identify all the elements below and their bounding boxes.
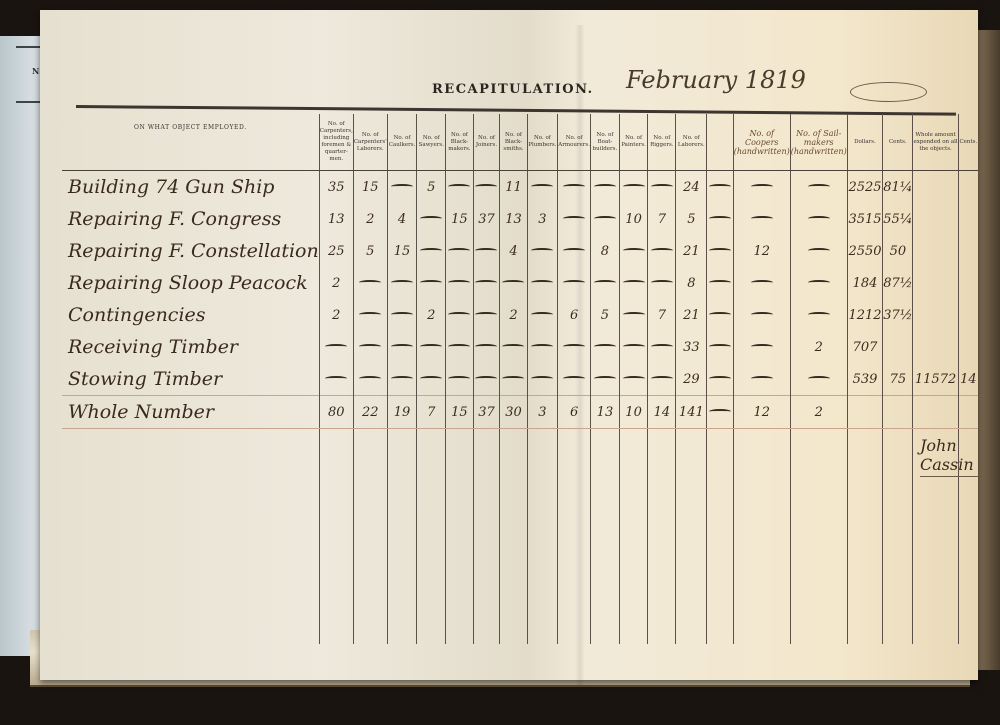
table-cell: 15 <box>446 203 473 235</box>
table-cell: 80 <box>319 396 353 429</box>
recapitulation-table: ON WHAT OBJECT EMPLOYED. No. of Carpente… <box>62 114 978 644</box>
table-cell: 24 <box>676 171 707 204</box>
table-cell: 6 <box>558 299 591 331</box>
dash-mark <box>359 376 381 381</box>
table-cell <box>733 267 790 299</box>
dash-mark <box>709 280 731 285</box>
table-cell <box>446 267 473 299</box>
handwritten-date: February 1819 <box>626 66 806 94</box>
table-cell: 22 <box>353 396 387 429</box>
table-cell <box>790 299 847 331</box>
table-cell <box>591 203 620 235</box>
dash-mark <box>502 280 524 285</box>
table-cell: 8 <box>676 267 707 299</box>
table-cell <box>417 267 446 299</box>
object-column-header: ON WHAT OBJECT EMPLOYED. <box>62 114 319 171</box>
table-cell: 2 <box>319 299 353 331</box>
empty-cell <box>62 429 319 645</box>
dash-mark <box>623 344 645 349</box>
table-cell <box>847 396 883 429</box>
row-object-label: Contingencies <box>62 299 319 331</box>
table-cell <box>958 235 978 267</box>
dash-mark <box>448 312 470 317</box>
handwritten-column-header: No. of Coopers (handwritten) <box>733 114 790 171</box>
dash-mark <box>594 376 616 381</box>
dash-mark <box>391 280 413 285</box>
empty-cell <box>619 429 647 645</box>
dash-mark <box>531 344 553 349</box>
table-row: Contingencies22265721121237½ <box>62 299 978 331</box>
table-cell: 30 <box>500 396 527 429</box>
table-cell: 13 <box>500 203 527 235</box>
column-header: No. of Plumbers. <box>527 114 558 171</box>
dash-mark <box>531 280 553 285</box>
table-cell: 3 <box>527 396 558 429</box>
table-cell: 12 <box>733 235 790 267</box>
column-header: Dollars. <box>847 114 883 171</box>
table-cell <box>913 203 958 235</box>
table-cell <box>353 331 387 363</box>
table-cell <box>958 299 978 331</box>
empty-cell <box>417 429 446 645</box>
empty-cell <box>558 429 591 645</box>
dash-mark <box>563 280 585 285</box>
empty-cell <box>676 429 707 645</box>
dash-mark <box>420 248 442 253</box>
table-cell <box>527 363 558 396</box>
column-header: No. of Carpenters' Laborers. <box>353 114 387 171</box>
dash-mark <box>651 376 673 381</box>
table-cell <box>648 363 676 396</box>
table-cell <box>619 235 647 267</box>
table-cell <box>527 299 558 331</box>
dash-mark <box>391 184 413 189</box>
table-cell <box>446 331 473 363</box>
table-cell <box>591 363 620 396</box>
dash-mark <box>448 184 470 189</box>
table-cell <box>707 267 733 299</box>
dash-mark <box>563 248 585 253</box>
table-cell <box>527 331 558 363</box>
table-cell <box>790 267 847 299</box>
table-cell <box>473 171 500 204</box>
column-header: No. of Joiners. <box>473 114 500 171</box>
table-cell <box>648 331 676 363</box>
table-cell: 7 <box>417 396 446 429</box>
table-cell <box>619 363 647 396</box>
row-object-label: Whole Number <box>62 396 319 429</box>
table-cell <box>958 396 978 429</box>
table-cell <box>473 299 500 331</box>
dash-mark <box>808 216 830 221</box>
table-cell: 7 <box>648 203 676 235</box>
dash-mark <box>751 280 773 285</box>
table-cell: 2525 <box>847 171 883 204</box>
empty-cell <box>707 429 733 645</box>
dash-mark <box>594 280 616 285</box>
table-cell: 37 <box>473 203 500 235</box>
table-cell <box>958 171 978 204</box>
row-object-label: Repairing F. Constellation <box>62 235 319 267</box>
signature: John Cassin <box>920 436 978 477</box>
table-cell: 539 <box>847 363 883 396</box>
table-cell <box>707 235 733 267</box>
table-cell <box>913 396 958 429</box>
table-cell <box>473 331 500 363</box>
dash-mark <box>751 184 773 189</box>
flourish-decoration <box>850 82 927 102</box>
table-cell <box>619 171 647 204</box>
table-cell <box>591 171 620 204</box>
empty-cell <box>473 429 500 645</box>
table-cell <box>527 267 558 299</box>
table-cell: 15 <box>446 396 473 429</box>
dash-mark <box>651 248 673 253</box>
table-cell: 5 <box>417 171 446 204</box>
dash-mark <box>420 216 442 221</box>
table-cell <box>500 331 527 363</box>
table-cell: 5 <box>676 203 707 235</box>
table-cell: 2 <box>353 203 387 235</box>
dash-mark <box>651 344 673 349</box>
column-header: Cents. <box>883 114 913 171</box>
dash-mark <box>531 312 553 317</box>
table-cell <box>558 235 591 267</box>
row-object-label: Repairing F. Congress <box>62 203 319 235</box>
table-cell: 12 <box>733 396 790 429</box>
column-header: No. of Carpenters, including foremen & q… <box>319 114 353 171</box>
dash-mark <box>420 344 442 349</box>
table-cell <box>733 299 790 331</box>
table-cell: 5 <box>353 235 387 267</box>
table-cell <box>958 203 978 235</box>
empty-cell <box>883 429 913 645</box>
table-cell <box>353 299 387 331</box>
dash-mark <box>751 376 773 381</box>
dash-mark <box>808 280 830 285</box>
table-cell <box>387 331 417 363</box>
empty-area <box>62 429 978 645</box>
dash-mark <box>391 344 413 349</box>
table-cell: 55¼ <box>883 203 913 235</box>
total-row: Whole Number802219715373036131014141122 <box>62 396 978 429</box>
dash-mark <box>475 248 497 253</box>
dash-mark <box>448 376 470 381</box>
dash-mark <box>502 344 524 349</box>
table-cell <box>790 203 847 235</box>
column-header: No. of Boat-builders. <box>591 114 620 171</box>
table-cell: 184 <box>847 267 883 299</box>
table-cell <box>319 331 353 363</box>
table-cell <box>591 331 620 363</box>
table-cell <box>500 267 527 299</box>
table-cell: 75 <box>883 363 913 396</box>
dash-mark <box>651 280 673 285</box>
empty-cell <box>527 429 558 645</box>
table-cell: 7 <box>648 299 676 331</box>
dash-mark <box>563 216 585 221</box>
table-cell <box>591 267 620 299</box>
dash-mark <box>531 184 553 189</box>
empty-cell <box>500 429 527 645</box>
table-cell <box>353 267 387 299</box>
table-cell <box>353 363 387 396</box>
table-cell: 37 <box>473 396 500 429</box>
row-object-label: Repairing Sloop Peacock <box>62 267 319 299</box>
table-cell: 13 <box>591 396 620 429</box>
empty-cell <box>847 429 883 645</box>
dash-mark <box>594 184 616 189</box>
empty-cell <box>353 429 387 645</box>
dash-mark <box>623 248 645 253</box>
column-header: No. of Painters. <box>619 114 647 171</box>
table-row: Stowing Timber29539751157214 <box>62 363 978 396</box>
table-cell <box>707 203 733 235</box>
table-cell <box>790 235 847 267</box>
table-row: Repairing Sloop Peacock2818487½ <box>62 267 978 299</box>
table-cell: 21 <box>676 235 707 267</box>
empty-cell <box>648 429 676 645</box>
column-header <box>707 114 733 171</box>
dash-mark <box>709 312 731 317</box>
table-cell <box>913 171 958 204</box>
table-row: Receiving Timber332707 <box>62 331 978 363</box>
table-cell: 8 <box>591 235 620 267</box>
table-cell <box>790 363 847 396</box>
dash-mark <box>709 184 731 189</box>
table-cell: 10 <box>619 203 647 235</box>
dash-mark <box>563 376 585 381</box>
dash-mark <box>359 280 381 285</box>
column-header: No. of Black-smiths. <box>500 114 527 171</box>
table-cell: 141 <box>676 396 707 429</box>
page-title: RECAPITULATION. <box>432 82 594 97</box>
table-cell <box>958 267 978 299</box>
table-cell <box>707 171 733 204</box>
column-header: Whole amount expended on all the objects… <box>913 114 958 171</box>
table-cell: 15 <box>387 235 417 267</box>
table-cell: 2550 <box>847 235 883 267</box>
header-row: ON WHAT OBJECT EMPLOYED. No. of Carpente… <box>62 114 978 171</box>
table-cell: 33 <box>676 331 707 363</box>
table-cell: 19 <box>387 396 417 429</box>
table-cell: 29 <box>676 363 707 396</box>
row-object-label: Receiving Timber <box>62 331 319 363</box>
dash-mark <box>808 184 830 189</box>
table-cell <box>707 299 733 331</box>
table-cell: 707 <box>847 331 883 363</box>
column-header: No. of Black-makers. <box>446 114 473 171</box>
table-cell: 3 <box>527 203 558 235</box>
table-cell <box>558 267 591 299</box>
dash-mark <box>531 248 553 253</box>
table-cell <box>558 363 591 396</box>
dash-mark <box>808 376 830 381</box>
table-cell <box>417 203 446 235</box>
dash-mark <box>594 216 616 221</box>
table-cell <box>883 396 913 429</box>
dash-mark <box>475 344 497 349</box>
table-cell <box>473 363 500 396</box>
table-cell <box>558 331 591 363</box>
table-cell: 14 <box>648 396 676 429</box>
table-cell <box>473 235 500 267</box>
table-cell: 2 <box>319 267 353 299</box>
table-cell: 13 <box>319 203 353 235</box>
table-cell <box>733 171 790 204</box>
dash-mark <box>563 184 585 189</box>
table-row: Repairing F. Congress1324153713310753515… <box>62 203 978 235</box>
dash-mark <box>475 184 497 189</box>
dash-mark <box>502 376 524 381</box>
dash-mark <box>420 280 442 285</box>
table-cell: 3515 <box>847 203 883 235</box>
table-cell: 2 <box>500 299 527 331</box>
column-header: No. of Riggers. <box>648 114 676 171</box>
table-cell: 10 <box>619 396 647 429</box>
table-cell <box>446 171 473 204</box>
dash-mark <box>751 216 773 221</box>
table-cell: 5 <box>591 299 620 331</box>
row-object-label: Building 74 Gun Ship <box>62 171 319 204</box>
empty-cell <box>319 429 353 645</box>
table-cell <box>648 171 676 204</box>
table-cell <box>446 235 473 267</box>
table-cell <box>733 331 790 363</box>
table-cell <box>958 331 978 363</box>
table-cell <box>500 363 527 396</box>
dash-mark <box>623 376 645 381</box>
dash-mark <box>448 344 470 349</box>
table-cell <box>707 363 733 396</box>
table-cell <box>913 267 958 299</box>
dash-mark <box>709 248 731 253</box>
table-cell: 11 <box>500 171 527 204</box>
table-cell: 15 <box>353 171 387 204</box>
dash-mark <box>623 184 645 189</box>
table-cell <box>417 331 446 363</box>
table-cell: 87½ <box>883 267 913 299</box>
table-row: Repairing F. Constellation25515482112255… <box>62 235 978 267</box>
dash-mark <box>448 248 470 253</box>
table-cell <box>733 363 790 396</box>
dash-mark <box>531 376 553 381</box>
empty-cell <box>446 429 473 645</box>
table-cell <box>387 267 417 299</box>
table-cell: 2 <box>790 331 847 363</box>
table-cell: 25 <box>319 235 353 267</box>
dash-mark <box>709 409 731 414</box>
table-cell <box>417 363 446 396</box>
table-cell: 14 <box>958 363 978 396</box>
table-cell: 6 <box>558 396 591 429</box>
table-cell: 2 <box>417 299 446 331</box>
table-cell <box>790 171 847 204</box>
dash-mark <box>594 344 616 349</box>
dash-mark <box>391 312 413 317</box>
table-cell: 21 <box>676 299 707 331</box>
table-cell <box>648 235 676 267</box>
dash-mark <box>420 376 442 381</box>
dash-mark <box>623 312 645 317</box>
empty-cell <box>733 429 790 645</box>
dash-mark <box>325 344 347 349</box>
table-cell <box>883 331 913 363</box>
empty-cell <box>790 429 847 645</box>
dash-mark <box>808 248 830 253</box>
table-cell: 2 <box>790 396 847 429</box>
table-cell: 81¼ <box>883 171 913 204</box>
table-cell <box>913 331 958 363</box>
dash-mark <box>359 344 381 349</box>
table-cell <box>733 203 790 235</box>
empty-cell <box>387 429 417 645</box>
column-header: No. of Sawyers. <box>417 114 446 171</box>
table-cell <box>527 235 558 267</box>
ledger-page: RECAPITULATION. February 1819 ON WHAT OB… <box>40 10 978 680</box>
table-cell <box>527 171 558 204</box>
dash-mark <box>709 344 731 349</box>
dash-mark <box>808 312 830 317</box>
column-header: No. of Caulkers. <box>387 114 417 171</box>
dash-mark <box>751 312 773 317</box>
dash-mark <box>651 184 673 189</box>
table-cell <box>473 267 500 299</box>
table-cell <box>446 363 473 396</box>
row-object-label: Stowing Timber <box>62 363 319 396</box>
dash-mark <box>623 280 645 285</box>
dash-mark <box>475 280 497 285</box>
table-cell: 4 <box>387 203 417 235</box>
table-cell <box>387 171 417 204</box>
table-cell <box>619 267 647 299</box>
table-cell <box>707 331 733 363</box>
column-header: No. of Laborers. <box>676 114 707 171</box>
table-cell <box>558 171 591 204</box>
table-cell: 50 <box>883 235 913 267</box>
handwritten-column-header: No. of Sail-makers (handwritten) <box>790 114 847 171</box>
dash-mark <box>709 376 731 381</box>
table-cell <box>558 203 591 235</box>
table-cell <box>619 331 647 363</box>
table-cell: 4 <box>500 235 527 267</box>
dash-mark <box>359 312 381 317</box>
dash-mark <box>709 216 731 221</box>
table-cell: 37½ <box>883 299 913 331</box>
column-header: No. of Armourers. <box>558 114 591 171</box>
dash-mark <box>391 376 413 381</box>
table-cell <box>707 396 733 429</box>
table-cell <box>387 363 417 396</box>
table-cell <box>387 299 417 331</box>
table-row: Building 74 Gun Ship351551124252581¼ <box>62 171 978 204</box>
dash-mark <box>751 344 773 349</box>
table-cell: 1212 <box>847 299 883 331</box>
table-cell <box>319 363 353 396</box>
table-cell <box>913 235 958 267</box>
empty-cell <box>591 429 620 645</box>
table-cell: 11572 <box>913 363 958 396</box>
dash-mark <box>325 376 347 381</box>
dash-mark <box>448 280 470 285</box>
table-cell: 35 <box>319 171 353 204</box>
table-cell <box>417 235 446 267</box>
table-cell <box>446 299 473 331</box>
table-cell <box>619 299 647 331</box>
table-cell <box>648 267 676 299</box>
dash-mark <box>475 376 497 381</box>
table-cell <box>913 299 958 331</box>
